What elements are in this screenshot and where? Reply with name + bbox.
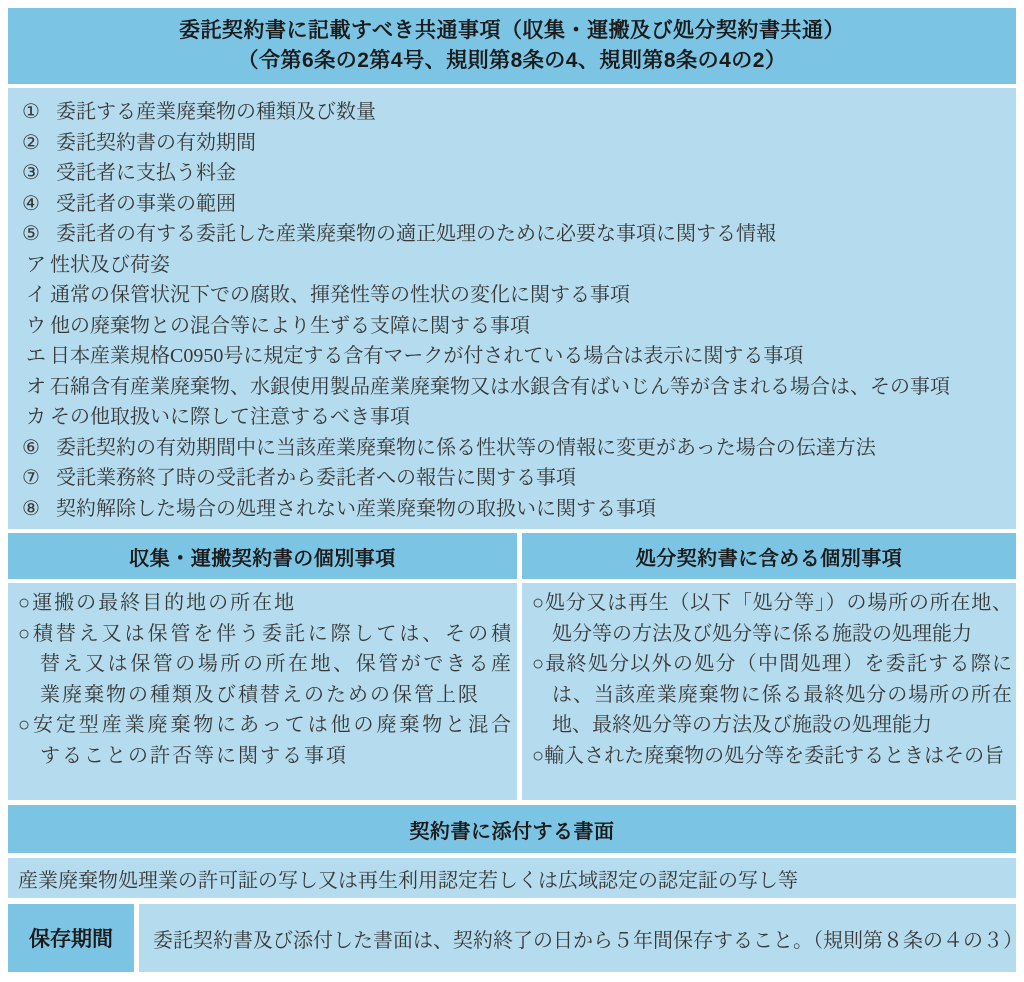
item-marker: オ	[26, 372, 50, 403]
list-item: ③受託者に支払う料金	[22, 158, 1002, 189]
item-text: 委託者の有する委託した産業廃棄物の適正処理のために必要な事項に関する情報	[56, 219, 776, 250]
common-items-list: ①委託する産業廃棄物の種類及び数量 ②委託契約書の有効期間 ③受託者に支払う料金…	[8, 88, 1016, 529]
item-text: その他取扱いに際して注意するべき事項	[50, 402, 410, 433]
list-item: ⑦受託業務終了時の受託者から委託者への報告に関する事項	[22, 463, 1002, 494]
attachment-content: 産業廃棄物処理業の許可証の写し又は再生利用認定若しくは広域認定の認定証の写し等	[8, 858, 1016, 898]
item-marker: ⑥	[22, 433, 56, 464]
list-item: ⑧契約解除した場合の処理されない産業廃棄物の取扱いに関する事項	[22, 494, 1002, 525]
title-segment-bold: 共通事項	[415, 19, 501, 42]
bullet-item: ○処分又は再生（以下「処分等」）の場所の所在地、処分等の方法及び処分等に係る施設…	[532, 588, 1012, 649]
item-text: 石綿含有産業廃棄物、水銀使用製品産業廃棄物又は水銀含有ばいじん等が含まれる場合は…	[50, 372, 950, 403]
item-marker: ②	[22, 128, 56, 159]
item-marker: ア	[26, 250, 50, 281]
item-text: 通常の保管状況下での腐敗、揮発性等の性状の変化に関する事項	[50, 280, 630, 311]
list-subitem: ウ他の廃棄物との混合等により生ずる支障に関する事項	[22, 311, 1002, 342]
col-header-collection-transport: 収集・運搬契約書の個別事項	[8, 533, 517, 579]
document-page: 委託契約書に記載すべき共通事項（収集・運搬及び処分契約書共通） （令第6条の2第…	[0, 0, 1016, 972]
retention-content: 委託契約書及び添付した書面は、契約終了の日から５年間保存すること。（規則第８条の…	[139, 904, 1016, 972]
col-header-disposal: 処分契約書に含める個別事項	[522, 533, 1016, 579]
list-subitem: エ日本産業規格C0950号に規定する含有マークが付されている場合は表示に関する事…	[22, 341, 1002, 372]
item-marker: イ	[26, 280, 50, 311]
bullet-item: ○運搬の最終目的地の所在地	[18, 588, 513, 619]
column-content-row: ○運搬の最終目的地の所在地 ○積替え又は保管を伴う委託に際しては、その積替え又は…	[8, 583, 1016, 800]
retention-row: 保存期間 委託契約書及び添付した書面は、契約終了の日から５年間保存すること。（規…	[8, 904, 1016, 972]
item-marker: ①	[22, 97, 56, 128]
item-text: 受託業務終了時の受託者から委託者への報告に関する事項	[56, 463, 576, 494]
item-text: 委託契約の有効期間中に当該産業廃棄物に係る性状等の情報に変更があった場合の伝達方…	[56, 433, 876, 464]
item-text: 委託契約書の有効期間	[56, 128, 256, 159]
item-text: 委託する産業廃棄物の種類及び数量	[56, 97, 376, 128]
bullet-item: ○最終処分以外の処分（中間処理）を委託する際には、当該産業廃棄物に係る最終処分の…	[532, 649, 1012, 741]
col-content-collection-transport: ○運搬の最終目的地の所在地 ○積替え又は保管を伴う委託に際しては、その積替え又は…	[8, 583, 517, 800]
main-title-line1: 委託契約書に記載すべき共通事項（収集・運搬及び処分契約書共通）	[179, 16, 845, 46]
bullet-item: ○積替え又は保管を伴う委託に際しては、その積替え又は保管の場所の所在地、保管がで…	[18, 619, 513, 711]
list-item: ①委託する産業廃棄物の種類及び数量	[22, 97, 1002, 128]
item-text: 性状及び荷姿	[50, 250, 170, 281]
list-item: ⑤委託者の有する委託した産業廃棄物の適正処理のために必要な事項に関する情報	[22, 219, 1002, 250]
main-title-line2: （令第6条の2第4号、規則第8条の4、規則第8条の4の2）	[238, 46, 787, 76]
item-marker: ③	[22, 158, 56, 189]
item-text: 契約解除した場合の処理されない産業廃棄物の取扱いに関する事項	[56, 494, 656, 525]
item-text: 日本産業規格C0950号に規定する含有マークが付されている場合は表示に関する事項	[50, 341, 803, 372]
attachment-header-band: 契約書に添付する書面	[8, 805, 1016, 853]
main-title-band: 委託契約書に記載すべき共通事項（収集・運搬及び処分契約書共通） （令第6条の2第…	[8, 8, 1016, 84]
item-marker: ⑤	[22, 219, 56, 250]
list-subitem: オ石綿含有産業廃棄物、水銀使用製品産業廃棄物又は水銀含有ばいじん等が含まれる場合…	[22, 372, 1002, 403]
item-marker: ④	[22, 189, 56, 220]
item-text: 他の廃棄物との混合等により生ずる支障に関する事項	[50, 311, 530, 342]
list-item: ⑥委託契約の有効期間中に当該産業廃棄物に係る性状等の情報に変更があった場合の伝達…	[22, 433, 1002, 464]
item-text: 受託者に支払う料金	[56, 158, 236, 189]
title-segment-post: （収集・運搬及び処分契約書共通）	[501, 19, 845, 42]
item-marker: ⑧	[22, 494, 56, 525]
list-item: ②委託契約書の有効期間	[22, 128, 1002, 159]
item-text: 受託者の事業の範囲	[56, 189, 236, 220]
bullet-item: ○輸入された廃棄物の処分等を委託するときはその旨	[532, 741, 1012, 772]
item-marker: ウ	[26, 311, 50, 342]
col-content-disposal: ○処分又は再生（以下「処分等」）の場所の所在地、処分等の方法及び処分等に係る施設…	[522, 583, 1016, 800]
item-marker: カ	[26, 402, 50, 433]
item-marker: エ	[26, 341, 50, 372]
column-headers-row: 収集・運搬契約書の個別事項 処分契約書に含める個別事項	[8, 533, 1016, 579]
list-subitem: イ通常の保管状況下での腐敗、揮発性等の性状の変化に関する事項	[22, 280, 1002, 311]
list-subitem: カその他取扱いに際して注意するべき事項	[22, 402, 1002, 433]
item-marker: ⑦	[22, 463, 56, 494]
retention-label: 保存期間	[8, 904, 134, 972]
list-item: ④受託者の事業の範囲	[22, 189, 1002, 220]
title-segment-pre: 委託契約書に記載すべき	[179, 19, 415, 42]
list-subitem: ア性状及び荷姿	[22, 250, 1002, 281]
bullet-item: ○安定型産業廃棄物にあっては他の廃棄物と混合することの許否等に関する事項	[18, 710, 513, 771]
